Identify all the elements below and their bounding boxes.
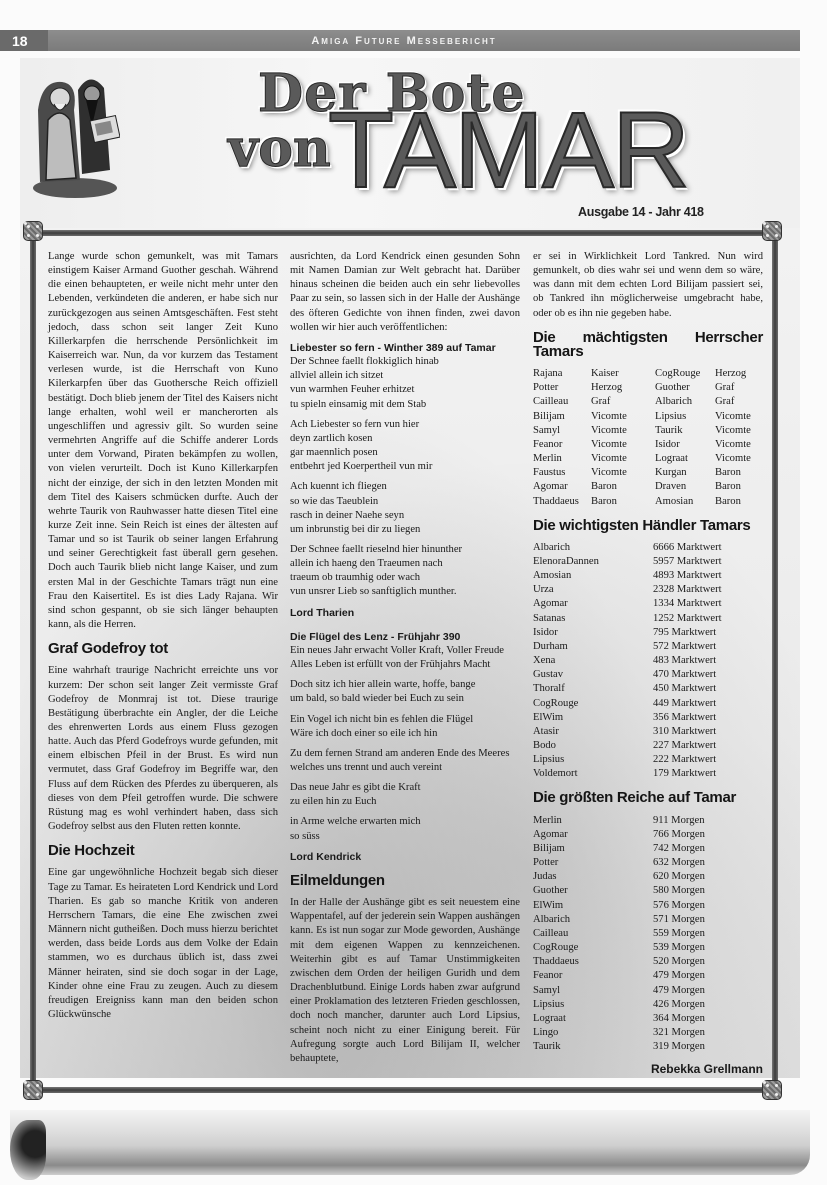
table-row: RajanaKaiserCogRougeHerzog (533, 367, 763, 381)
table-cell: Bilijam (533, 410, 591, 424)
table-row: Voldemort179 Marktwert (533, 767, 763, 781)
poem-line: Der Schnee faellt flokkiglich hinab (290, 355, 520, 369)
frame-corner-stud-icon (762, 1080, 782, 1100)
table-row: BilijamVicomteLipsiusVicomte (533, 410, 763, 424)
table-cell: Agomar (533, 828, 653, 842)
table-row: Feanor479 Morgen (533, 969, 763, 983)
table-row: Atasir310 Marktwert (533, 725, 763, 739)
poem-stanza: Der Schnee faellt flokkiglich hinab allv… (290, 355, 520, 412)
table-cell: 483 Marktwert (653, 654, 763, 668)
table-row: Taurik319 Morgen (533, 1040, 763, 1054)
table-row: CogRouge449 Marktwert (533, 697, 763, 711)
poem-line: Der Schnee faellt rieselnd hier hinunthe… (290, 543, 520, 557)
table-cell: Bodo (533, 739, 653, 753)
table-cell: Cailleau (533, 927, 653, 941)
poem-line: so süss (290, 830, 520, 844)
table-cell: 1252 Marktwert (653, 612, 763, 626)
poem-line: Doch sitz ich hier allein warte, hoffe, … (290, 678, 520, 692)
table-cell: Vicomte (715, 410, 763, 424)
table-cell: Durham (533, 640, 653, 654)
two-scribes-icon (30, 70, 120, 200)
table-cell: Albarich (533, 913, 653, 927)
table-cell: Urza (533, 583, 653, 597)
table-cell: Kaiser (591, 367, 655, 381)
table-cell: 795 Marktwert (653, 626, 763, 640)
table-cell: CogRouge (533, 697, 653, 711)
table-row: Cailleau559 Morgen (533, 927, 763, 941)
table-cell: Vicomte (715, 438, 763, 452)
poem-title: Liebester so fern - Winther 389 auf Tama… (290, 341, 520, 355)
table-cell: Cailleau (533, 395, 591, 409)
poem-line: vun warmhen Feuher erhitzet (290, 383, 520, 397)
table-row: Urza2328 Marktwert (533, 583, 763, 597)
title-tamar: TAMAR (328, 100, 688, 200)
table-cell: Agomar (533, 597, 653, 611)
table-row: Lipsius426 Morgen (533, 998, 763, 1012)
intro-paragraph: Lange wurde schon gemunkelt, was mit Tam… (48, 250, 278, 632)
table-cell: Bilijam (533, 842, 653, 856)
title-von: von (228, 118, 331, 179)
section-heading: Die Hochzeit (48, 844, 278, 858)
poem-stanza: Ein Vogel ich nicht bin es fehlen die Fl… (290, 713, 520, 741)
poem-line: rasch in deiner Naehe seyn (290, 509, 520, 523)
table-cell: Vicomte (591, 410, 655, 424)
table-cell: 580 Morgen (653, 884, 763, 898)
poem-stanza: Ach kuennt ich fliegen so wie das Taeubl… (290, 480, 520, 537)
table-cell: Guother (655, 381, 715, 395)
poem-stanza: Das neue Jahr es gibt die Kraft zu eilen… (290, 781, 520, 809)
table-cell: CogRouge (533, 941, 653, 955)
table-row: CailleauGrafAlbarichGraf (533, 395, 763, 409)
table-cell: Lingo (533, 1026, 653, 1040)
table-row: Thaddaeus520 Morgen (533, 955, 763, 969)
table-row: Lograat364 Morgen (533, 1012, 763, 1026)
poem-author: Lord Kendrick (290, 850, 520, 864)
realms-heading: Die größten Reiche auf Tamar (533, 791, 763, 805)
table-cell: Lipsius (533, 998, 653, 1012)
table-cell: Amosian (655, 495, 715, 509)
rulers-table: RajanaKaiserCogRougeHerzogPotterHerzogGu… (533, 367, 763, 509)
table-row: Albarich6666 Marktwert (533, 541, 763, 555)
table-cell: Vicomte (715, 452, 763, 466)
frame-left-rail (30, 232, 36, 1090)
table-row: Gustav470 Marktwert (533, 668, 763, 682)
scroll-curl-icon (10, 1120, 46, 1180)
table-row: Agomar1334 Marktwert (533, 597, 763, 611)
poem-line: um bald, so bald wieder bei Euch zu sein (290, 692, 520, 706)
table-cell: Merlin (533, 452, 591, 466)
poem-line: zu eilen hin zu Euch (290, 795, 520, 809)
table-cell: 222 Marktwert (653, 753, 763, 767)
poem-line: Alles Leben ist erfüllt von der Frühjahr… (290, 658, 520, 672)
table-cell: 450 Marktwert (653, 682, 763, 696)
poem-stanza: Der Schnee faellt rieselnd hier hinunthe… (290, 543, 520, 600)
table-cell: Graf (715, 381, 763, 395)
table-row: Merlin911 Morgen (533, 814, 763, 828)
table-cell: Samyl (533, 424, 591, 438)
table-cell: Atasir (533, 725, 653, 739)
section-text: Eine gar ungewöhnliche Hochzeit begab si… (48, 866, 278, 1022)
poem: Liebester so fern - Winther 389 auf Tama… (290, 341, 520, 412)
table-cell: Graf (591, 395, 655, 409)
table-row: MerlinVicomteLograatVicomte (533, 452, 763, 466)
poem-line: in Arme welche erwarten mich (290, 815, 520, 829)
table-row: Judas620 Morgen (533, 870, 763, 884)
table-row: Satanas1252 Marktwert (533, 612, 763, 626)
table-row: FaustusVicomteKurganBaron (533, 466, 763, 480)
frame-corner-stud-icon (762, 221, 782, 241)
poem-stanza: Doch sitz ich hier allein warte, hoffe, … (290, 678, 520, 706)
news-continuation: er sei in Wirklichkeit Lord Tankred. Nun… (533, 250, 763, 321)
table-cell: Lipsius (655, 410, 715, 424)
table-cell: Judas (533, 870, 653, 884)
table-row: Xena483 Marktwert (533, 654, 763, 668)
table-row: Isidor795 Marktwert (533, 626, 763, 640)
poem-line: Ach Liebester so fern vun hier (290, 418, 520, 432)
table-cell: 6666 Marktwert (653, 541, 763, 555)
section-continuation: ausrichten, da Lord Kendrick einen gesun… (290, 250, 520, 335)
table-cell: Merlin (533, 814, 653, 828)
poem-line: gar maennlich posen (290, 446, 520, 460)
table-row: Guother580 Morgen (533, 884, 763, 898)
table-row: ThaddaeusBaronAmosianBaron (533, 495, 763, 509)
table-row: ElWim356 Marktwert (533, 711, 763, 725)
table-cell: Baron (715, 495, 763, 509)
table-cell: Xena (533, 654, 653, 668)
table-cell: ElenoraDannen (533, 555, 653, 569)
table-cell: Isidor (533, 626, 653, 640)
poem-line: Ein neues Jahr erwacht Voller Kraft, Vol… (290, 644, 520, 658)
table-cell: Potter (533, 381, 591, 395)
traders-heading: Die wichtigsten Händler Tamars (533, 519, 763, 533)
table-row: Lipsius222 Marktwert (533, 753, 763, 767)
table-cell: Kurgan (655, 466, 715, 480)
table-cell: 572 Marktwert (653, 640, 763, 654)
table-row: Amosian4893 Marktwert (533, 569, 763, 583)
frame-corner-stud-icon (23, 221, 43, 241)
table-row: Samyl479 Morgen (533, 984, 763, 998)
table-cell: Potter (533, 856, 653, 870)
table-row: AgomarBaronDravenBaron (533, 480, 763, 494)
table-row: Bilijam742 Morgen (533, 842, 763, 856)
table-cell: Baron (591, 480, 655, 494)
table-row: CogRouge539 Morgen (533, 941, 763, 955)
table-cell: Voldemort (533, 767, 653, 781)
table-cell: Amosian (533, 569, 653, 583)
table-cell: 559 Morgen (653, 927, 763, 941)
issue-label: Ausgabe 14 - Jahr 418 (578, 205, 704, 219)
poem-line: Wäre ich doch einer so eile ich hin (290, 727, 520, 741)
section-text: Eine wahrhaft traurige Nachricht erreich… (48, 664, 278, 834)
table-cell: Gustav (533, 668, 653, 682)
table-cell: Feanor (533, 438, 591, 452)
table-cell: 449 Marktwert (653, 697, 763, 711)
poem-line: vun unsrer Lieb so sanftiglich munther. (290, 585, 520, 599)
column-3: er sei in Wirklichkeit Lord Tankred. Nun… (533, 250, 763, 1076)
poem-author: Lord Tharien (290, 606, 520, 620)
table-cell: 2328 Marktwert (653, 583, 763, 597)
poem-stanza: Ach Liebester so fern vun hier deyn zart… (290, 418, 520, 475)
table-cell: ElWim (533, 899, 653, 913)
frame-bottom-rail (32, 1087, 782, 1093)
poem-stanza: in Arme welche erwarten mich so süss (290, 815, 520, 843)
table-cell: 470 Marktwert (653, 668, 763, 682)
table-cell: Draven (655, 480, 715, 494)
table-cell: Thoralf (533, 682, 653, 696)
scroll-roll-bottom (10, 1110, 810, 1175)
table-cell: 766 Morgen (653, 828, 763, 842)
table-cell: 310 Marktwert (653, 725, 763, 739)
table-cell: 911 Morgen (653, 814, 763, 828)
table-cell: Vicomte (591, 466, 655, 480)
table-row: Bodo227 Marktwert (533, 739, 763, 753)
poem-line: deyn zartlich kosen (290, 432, 520, 446)
table-cell: 620 Morgen (653, 870, 763, 884)
table-cell: Satanas (533, 612, 653, 626)
table-cell: Guother (533, 884, 653, 898)
table-cell: Lograat (533, 1012, 653, 1026)
column-2: ausrichten, da Lord Kendrick einen gesun… (290, 250, 520, 1072)
poem-line: entbehrt jed Koerpertheil vun mir (290, 460, 520, 474)
table-cell: ElWim (533, 711, 653, 725)
table-cell: Vicomte (591, 452, 655, 466)
table-cell: Thaddaeus (533, 495, 591, 509)
table-row: Potter632 Morgen (533, 856, 763, 870)
column-1: Lange wurde schon gemunkelt, was mit Tam… (48, 250, 278, 1028)
table-cell: Vicomte (591, 438, 655, 452)
table-row: ElenoraDannen5957 Marktwert (533, 555, 763, 569)
poem-line: allein ich haeng den Traeumen nach (290, 557, 520, 571)
table-cell: Rajana (533, 367, 591, 381)
table-cell: Feanor (533, 969, 653, 983)
poem-line: um inbrunstig bei dir zu liegen (290, 523, 520, 537)
poem-title: Die Flügel des Lenz - Frühjahr 390 (290, 630, 520, 644)
table-cell: 4893 Marktwert (653, 569, 763, 583)
news-text: In der Halle der Aushänge gibt es seit n… (290, 896, 520, 1066)
poem-line: Ach kuennt ich fliegen (290, 480, 520, 494)
table-cell: Vicomte (591, 424, 655, 438)
section-heading: Graf Godefroy tot (48, 642, 278, 656)
table-cell: Isidor (655, 438, 715, 452)
table-cell: Lipsius (533, 753, 653, 767)
table-cell: Taurik (533, 1040, 653, 1054)
table-row: Durham572 Marktwert (533, 640, 763, 654)
table-cell: 321 Morgen (653, 1026, 763, 1040)
table-row: Lingo321 Morgen (533, 1026, 763, 1040)
poem-line: allviel allein ich sitzet (290, 369, 520, 383)
table-cell: 571 Morgen (653, 913, 763, 927)
poem: Die Flügel des Lenz - Frühjahr 390 Ein n… (290, 630, 520, 672)
table-row: ElWim576 Morgen (533, 899, 763, 913)
table-cell: 5957 Marktwert (653, 555, 763, 569)
table-cell: Lograat (655, 452, 715, 466)
poem-line: so wie das Taeublein (290, 495, 520, 509)
magazine-title: Amiga Future Messebericht (48, 35, 800, 47)
table-cell: Baron (715, 480, 763, 494)
realms-table: Merlin911 MorgenAgomar766 MorgenBilijam7… (533, 814, 763, 1055)
table-cell: 539 Morgen (653, 941, 763, 955)
table-row: PotterHerzogGuotherGraf (533, 381, 763, 395)
table-cell: Thaddaeus (533, 955, 653, 969)
table-row: FeanorVicomteIsidorVicomte (533, 438, 763, 452)
table-cell: 426 Morgen (653, 998, 763, 1012)
poem-line: Zu dem fernen Strand am anderen Ende des… (290, 747, 520, 761)
table-cell: 364 Morgen (653, 1012, 763, 1026)
table-cell: Herzog (591, 381, 655, 395)
table-cell: 742 Morgen (653, 842, 763, 856)
poem-stanza: Zu dem fernen Strand am anderen Ende des… (290, 747, 520, 775)
frame-top-rail (32, 230, 782, 236)
poem-line: Ein Vogel ich nicht bin es fehlen die Fl… (290, 713, 520, 727)
table-cell: CogRouge (655, 367, 715, 381)
article-byline: Rebekka Grellmann (533, 1062, 763, 1076)
rulers-heading: Die mächtigsten Herrscher Tamars (533, 331, 763, 359)
table-cell: Faustus (533, 466, 591, 480)
frame-right-rail (772, 232, 778, 1090)
table-cell: Agomar (533, 480, 591, 494)
table-cell: 319 Morgen (653, 1040, 763, 1054)
table-cell: Baron (591, 495, 655, 509)
section-heading: Eilmeldungen (290, 874, 520, 888)
poem-line: tu spieln einsamig mit dem Stab (290, 398, 520, 412)
page-header-bar: 18 Amiga Future Messebericht (0, 30, 800, 51)
table-cell: Samyl (533, 984, 653, 998)
table-cell: Taurik (655, 424, 715, 438)
table-cell: Graf (715, 395, 763, 409)
table-cell: 479 Morgen (653, 984, 763, 998)
table-cell: 179 Marktwert (653, 767, 763, 781)
traders-table: Albarich6666 MarktwertElenoraDannen5957 … (533, 541, 763, 782)
table-row: Albarich571 Morgen (533, 913, 763, 927)
poem-line: welches uns trennt und auch vereint (290, 761, 520, 775)
page-number: 18 (0, 30, 48, 51)
table-cell: 576 Morgen (653, 899, 763, 913)
table-cell: Baron (715, 466, 763, 480)
table-cell: 1334 Marktwert (653, 597, 763, 611)
table-cell: 356 Marktwert (653, 711, 763, 725)
table-row: SamylVicomteTaurikVicomte (533, 424, 763, 438)
table-row: Agomar766 Morgen (533, 828, 763, 842)
table-cell: Albarich (655, 395, 715, 409)
table-cell: 479 Morgen (653, 969, 763, 983)
table-cell: Herzog (715, 367, 763, 381)
table-cell: Albarich (533, 541, 653, 555)
table-cell: 520 Morgen (653, 955, 763, 969)
poem-line: traeum ob traumhig oder wach (290, 571, 520, 585)
table-cell: 227 Marktwert (653, 739, 763, 753)
poem-line: Das neue Jahr es gibt die Kraft (290, 781, 520, 795)
table-cell: Vicomte (715, 424, 763, 438)
table-cell: 632 Morgen (653, 856, 763, 870)
frame-corner-stud-icon (23, 1080, 43, 1100)
table-row: Thoralf450 Marktwert (533, 682, 763, 696)
